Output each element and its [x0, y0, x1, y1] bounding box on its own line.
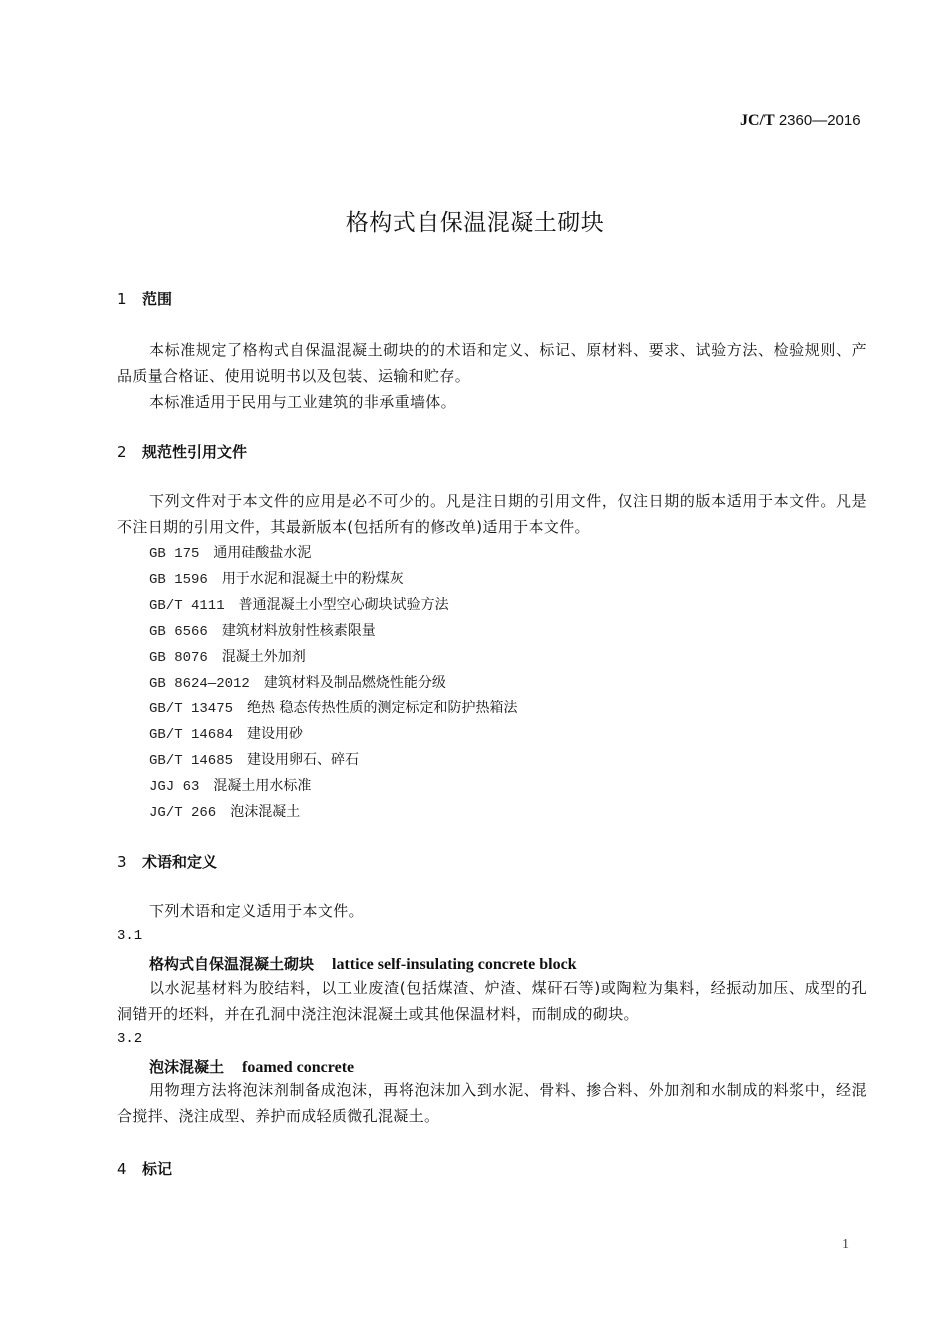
reference-code: GB 8624—2012: [149, 676, 250, 692]
section-4-heading: 4标记: [117, 1158, 172, 1179]
reference-title: 泡沫混凝土: [230, 804, 300, 820]
reference-code: GB/T 4111: [149, 598, 225, 614]
reference-title: 建筑材料放射性核素限量: [222, 623, 376, 639]
reference-title: 建设用卵石、碎石: [247, 752, 359, 768]
scope-paragraph-1: 本标准规定了格构式自保温混凝土砌块的的术语和定义、标记、原材料、要求、试验方法、…: [117, 337, 867, 389]
reference-code: JG/T 266: [149, 805, 216, 821]
reference-title: 通用硅酸盐水泥: [213, 545, 311, 561]
standard-code: JC/T 2360—2016: [740, 112, 861, 130]
term-definition: 用物理方法将泡沫剂制备成泡沫，再将泡沫加入到水泥、骨料、掺合料、外加剂和水制成的…: [117, 1077, 867, 1129]
reference-item: GB 175通用硅酸盐水泥: [149, 542, 311, 562]
section-2-heading: 2规范性引用文件: [117, 441, 247, 462]
normative-refs-intro: 下列文件对于本文件的应用是必不可少的。凡是注日期的引用文件，仅注日期的版本适用于…: [117, 488, 867, 540]
reference-item: GB 6566建筑材料放射性核素限量: [149, 620, 376, 640]
reference-item: JGJ 63混凝土用水标准: [149, 775, 311, 795]
term-zh: 泡沫混凝土: [149, 1058, 224, 1076]
reference-item: GB/T 4111普通混凝土小型空心砌块试验方法: [149, 594, 449, 614]
term-entry: 格构式自保温混凝土砌块lattice self-insulating concr…: [149, 953, 577, 974]
term-definition: 以水泥基材料为胶结料，以工业废渣(包括煤渣、炉渣、煤矸石等)或陶粒为集料，经振动…: [117, 975, 867, 1027]
reference-title: 普通混凝土小型空心砌块试验方法: [239, 597, 449, 613]
standard-number: 2360—2016: [779, 112, 861, 129]
term-zh: 格构式自保温混凝土砌块: [149, 955, 314, 973]
reference-item: GB 8076混凝土外加剂: [149, 646, 306, 666]
reference-code: GB 6566: [149, 624, 208, 640]
reference-code: GB/T 14684: [149, 727, 233, 743]
reference-item: GB/T 14684建设用砂: [149, 723, 303, 743]
reference-item: JG/T 266泡沫混凝土: [149, 801, 300, 821]
reference-item: GB/T 14685建设用卵石、碎石: [149, 749, 359, 769]
section-number: 4: [117, 1160, 142, 1178]
section-title: 标记: [142, 1160, 172, 1178]
reference-item: GB/T 13475绝热 稳态传热性质的测定标定和防护热箱法: [149, 697, 517, 717]
reference-code: GB/T 13475: [149, 701, 233, 717]
reference-code: GB 8076: [149, 650, 208, 666]
term-entry: 泡沫混凝土foamed concrete: [149, 1056, 354, 1077]
section-1-heading: 1范围: [117, 288, 172, 309]
reference-title: 混凝土用水标准: [213, 778, 311, 794]
terms-intro: 下列术语和定义适用于本文件。: [117, 898, 867, 924]
reference-title: 绝热 稳态传热性质的测定标定和防护热箱法: [247, 700, 517, 716]
reference-title: 建设用砂: [247, 726, 303, 742]
reference-title: 用于水泥和混凝土中的粉煤灰: [222, 571, 404, 587]
standard-prefix: JC/T: [740, 112, 775, 129]
scope-paragraph-2: 本标准适用于民用与工业建筑的非承重墙体。: [117, 389, 867, 415]
section-title: 规范性引用文件: [142, 443, 247, 461]
clause-number: 3.1: [117, 928, 142, 944]
page-number: 1: [842, 1237, 849, 1253]
clause-number: 3.2: [117, 1031, 142, 1047]
section-title: 范围: [142, 290, 172, 308]
section-3-heading: 3术语和定义: [117, 851, 217, 872]
reference-code: JGJ 63: [149, 779, 199, 795]
term-en: lattice self-insulating concrete block: [332, 956, 577, 973]
section-number: 2: [117, 443, 142, 461]
section-number: 3: [117, 853, 142, 871]
reference-item: GB 8624—2012建筑材料及制品燃烧性能分级: [149, 672, 446, 692]
reference-code: GB 1596: [149, 572, 208, 588]
term-en: foamed concrete: [242, 1059, 354, 1076]
section-title: 术语和定义: [142, 853, 217, 871]
reference-title: 混凝土外加剂: [222, 649, 306, 665]
document-title: 格构式自保温混凝土砌块: [0, 204, 950, 237]
reference-code: GB/T 14685: [149, 753, 233, 769]
reference-code: GB 175: [149, 546, 199, 562]
section-number: 1: [117, 290, 142, 308]
reference-item: GB 1596用于水泥和混凝土中的粉煤灰: [149, 568, 404, 588]
reference-title: 建筑材料及制品燃烧性能分级: [264, 675, 446, 691]
